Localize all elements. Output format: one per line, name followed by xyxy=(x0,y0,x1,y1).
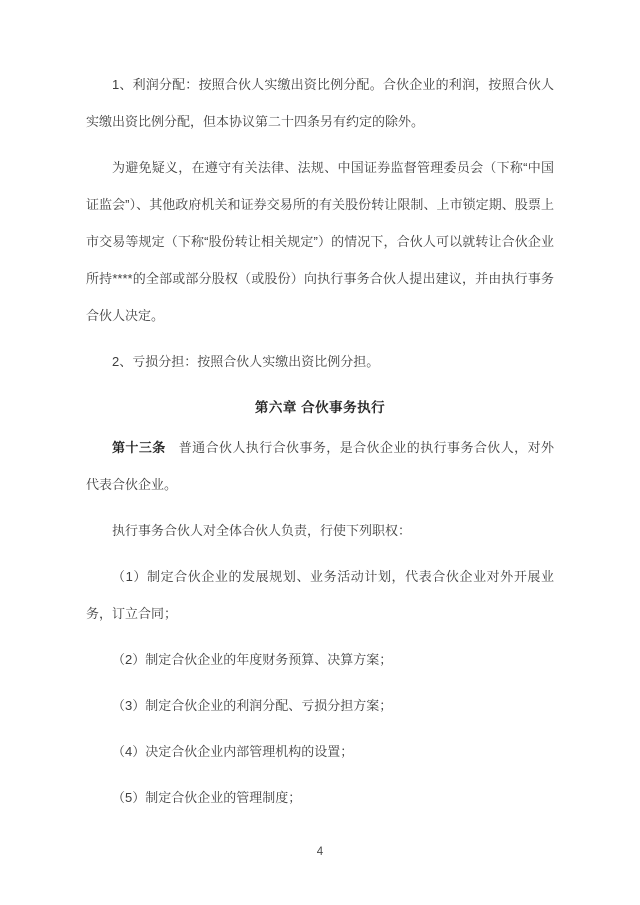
duty-item-1: （1）制定合伙企业的发展规划、业务活动计划，代表合伙企业对外开展业务，订立合同； xyxy=(86,558,554,632)
duty-item-5: （5）制定合伙企业的管理制度； xyxy=(86,779,554,816)
para-loss-sharing: 2、亏损分担：按照合伙人实缴出资比例分担。 xyxy=(86,343,554,380)
para-duties-intro: 执行事务合伙人对全体合伙人负责，行使下列职权： xyxy=(86,512,554,549)
article-13-number: 第十三条 xyxy=(112,440,166,455)
duty-item-4: （4）决定合伙企业内部管理机构的设置； xyxy=(86,733,554,770)
para-profit-distribution: 1、利润分配：按照合伙人实缴出资比例分配。合伙企业的利润，按照合伙人实缴出资比例… xyxy=(86,66,554,140)
para-article-13: 第十三条普通合伙人执行合伙事务，是合伙企业的执行事务合伙人，对外代表合伙企业。 xyxy=(86,429,554,503)
page-number: 4 xyxy=(0,845,640,859)
duty-item-2: （2）制定合伙企业的年度财务预算、决算方案； xyxy=(86,641,554,678)
document-page: 1、利润分配：按照合伙人实缴出资比例分配。合伙企业的利润，按照合伙人实缴出资比例… xyxy=(0,0,640,905)
duty-item-3: （3）制定合伙企业的利润分配、亏损分担方案； xyxy=(86,687,554,724)
para-disambiguation: 为避免疑义，在遵守有关法律、法规、中国证券监督管理委员会（下称“中国证监会”）、… xyxy=(86,149,554,334)
chapter-heading: 第六章 合伙事务执行 xyxy=(86,389,554,426)
